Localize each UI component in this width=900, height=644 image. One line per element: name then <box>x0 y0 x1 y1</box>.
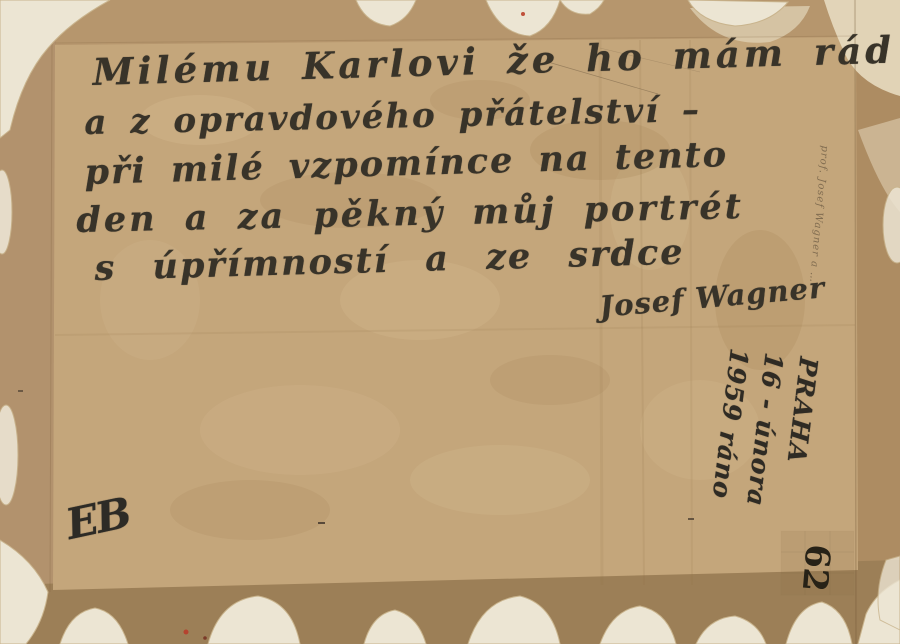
right-border-band <box>853 0 900 644</box>
artwork-verso-photo: Milému Karlovi že ho mám rád a z opravdo… <box>0 0 900 644</box>
inventory-number-stamp: 62 <box>794 543 838 594</box>
